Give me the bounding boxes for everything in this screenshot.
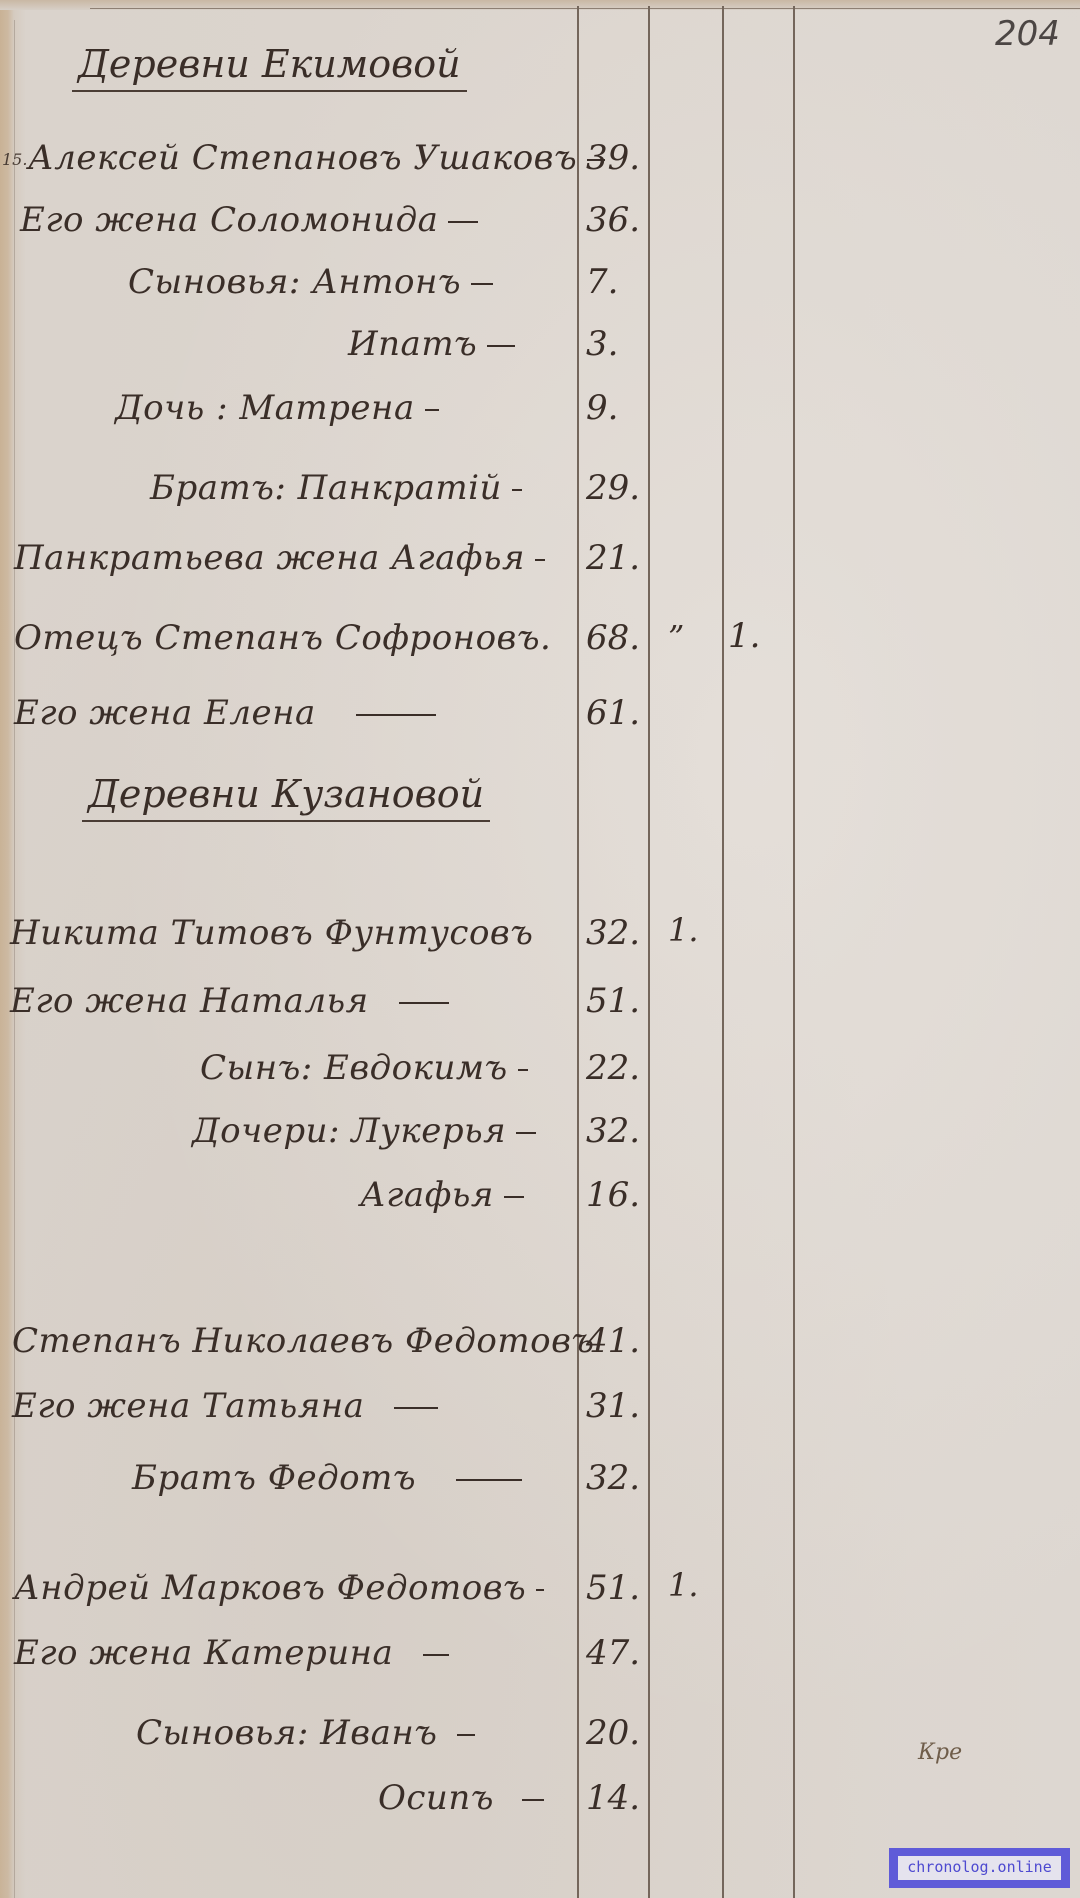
section-title-kuzanova: Деревни Кузановой	[88, 772, 484, 816]
top-rule-line	[90, 8, 1080, 9]
entry-col3-mark: 1.	[728, 616, 760, 656]
entry-row: Панкратьева жена Агафья	[14, 538, 545, 578]
entry-age: 14.	[586, 1778, 640, 1818]
entry-row: Его жена Татьяна	[12, 1386, 438, 1426]
entry-age: 20.	[586, 1713, 640, 1753]
margin-note: 15.	[2, 150, 27, 169]
entry-age: 21.	[586, 538, 640, 578]
entry-col2-mark: 1.	[668, 911, 699, 949]
left-margin-line	[14, 20, 15, 1898]
page-number: 204	[995, 14, 1060, 54]
entry-age: 32.	[586, 913, 640, 953]
entry-age: 68.	[586, 618, 640, 658]
section-title-ekimova: Деревни Екимовой	[78, 42, 461, 86]
entry-age: 16.	[586, 1175, 640, 1215]
clerk-mark: Кре	[918, 1740, 962, 1765]
entry-age: 36.	[586, 200, 640, 240]
entry-row: Братъ: Панкратій	[150, 468, 522, 508]
column-rule-age	[577, 6, 579, 1898]
title-underline	[82, 820, 490, 822]
entry-age: 39.	[586, 138, 640, 178]
entry-age: 61.	[586, 693, 640, 733]
entry-row: Его жена Елена	[14, 693, 436, 733]
entry-row: Отецъ Степанъ Софроновъ.	[14, 618, 551, 658]
entry-row: Сыновья: Иванъ	[136, 1713, 475, 1753]
entry-age: 41.	[586, 1321, 640, 1361]
entry-row: Андрей Марковъ Федотовъ	[14, 1568, 544, 1608]
entry-age: 51.	[586, 981, 640, 1021]
entry-row: Сыновья: Антонъ	[128, 262, 493, 302]
title-underline	[72, 90, 467, 92]
entry-age: 51.	[586, 1568, 640, 1608]
entry-row: Его жена Наталья	[10, 981, 449, 1021]
watermark-badge[interactable]: chronolog.online	[889, 1848, 1070, 1888]
entry-age: 3.	[586, 324, 618, 364]
register-page: 204 Деревни Екимовой 15. Алексей Степано…	[0, 0, 1080, 1898]
entry-row: Дочери: Лукерья	[192, 1111, 536, 1151]
entry-age: 32.	[586, 1458, 640, 1498]
entry-age: 9.	[586, 388, 618, 428]
entry-row: Его жена Соломонида	[20, 200, 478, 240]
entry-age: 7.	[586, 262, 618, 302]
entry-row: Агафья	[360, 1175, 524, 1215]
entry-age: 29.	[586, 468, 640, 508]
column-rule-4	[793, 6, 795, 1898]
column-rule-2	[648, 6, 650, 1898]
entry-col2-mark: 1.	[668, 1566, 699, 1604]
section-title-text: Деревни Екимовой	[78, 42, 461, 86]
entry-row: Алексей Степановъ Ушаковъ	[28, 138, 605, 178]
entry-age: 22.	[586, 1048, 640, 1088]
column-rule-3	[722, 6, 724, 1898]
section-title-text: Деревни Кузановой	[88, 772, 484, 816]
entry-row: Его жена Катерина	[14, 1633, 449, 1673]
entry-age: 31.	[586, 1386, 640, 1426]
entry-age: 47.	[586, 1633, 640, 1673]
entry-row: Никита Титовъ Фунтусовъ	[10, 913, 533, 953]
entry-row: Братъ Федотъ	[132, 1458, 522, 1498]
entry-age: 32.	[586, 1111, 640, 1151]
entry-row: Осипъ	[378, 1778, 544, 1818]
entry-col2-mark: ”	[668, 618, 684, 656]
entry-row: Ипатъ	[348, 324, 515, 364]
entry-row: Степанъ Николаевъ Федотовъ	[12, 1321, 595, 1361]
entry-row: Дочь : Матрена	[115, 388, 439, 428]
watermark-text: chronolog.online	[898, 1856, 1061, 1880]
entry-row: Сынъ: Евдокимъ	[200, 1048, 528, 1088]
